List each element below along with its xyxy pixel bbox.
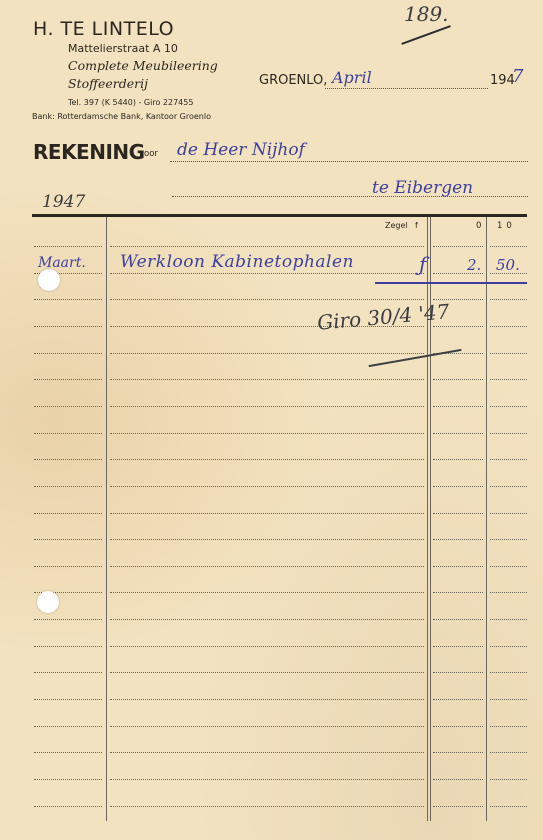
punch-hole-bottom — [37, 591, 59, 613]
company-telephone: Tel. 397 (K 5440) - Giro 227455 — [68, 98, 193, 107]
row-dotted-line — [490, 779, 527, 780]
company-tagline-2: Stoffeerderij — [68, 76, 148, 91]
row-dotted-line — [34, 246, 102, 247]
row-dotted-line — [433, 646, 483, 647]
punch-hole-top — [38, 269, 60, 291]
row-dotted-line — [110, 566, 424, 567]
row-dotted-line — [110, 486, 424, 487]
row-dotted-line — [433, 619, 483, 620]
row-dotted-line — [34, 779, 102, 780]
row-dotted-line — [110, 246, 424, 247]
row-dotted-line — [34, 806, 102, 807]
row-dotted-line — [110, 459, 424, 460]
company-bank: Bank: Rotterdamsche Bank, Kantoor Groenl… — [32, 112, 211, 121]
row-dotted-line — [110, 433, 424, 434]
row-dotted-line — [34, 699, 102, 700]
voor-label: voor — [139, 149, 158, 159]
row-dotted-line — [433, 726, 483, 727]
row-dotted-line — [110, 779, 424, 780]
date-dotted-line — [325, 88, 488, 89]
row-dotted-line — [490, 379, 527, 380]
row-dotted-line — [433, 246, 483, 247]
row-dotted-line — [110, 273, 424, 274]
row-dotted-line — [110, 406, 424, 407]
row-dotted-line — [110, 752, 424, 753]
stamp-label: Zegel — [385, 221, 408, 230]
row-dotted-line — [490, 299, 527, 300]
date-year-handwritten: 7 — [512, 66, 523, 87]
row-dotted-line — [490, 353, 527, 354]
row-dotted-line — [490, 646, 527, 647]
row-dotted-line — [34, 406, 102, 407]
row-dotted-line — [110, 592, 424, 593]
row-dotted-line — [110, 513, 424, 514]
invoice-number-underline — [401, 25, 450, 44]
entry-description: Werkloon Kabinetophalen — [120, 252, 354, 272]
row-dotted-line — [34, 379, 102, 380]
stamp-currency: f — [415, 221, 418, 230]
row-dotted-line — [490, 459, 527, 460]
row-dotted-line — [490, 699, 527, 700]
row-dotted-line — [490, 592, 527, 593]
row-dotted-line — [433, 539, 483, 540]
row-dotted-line — [490, 619, 527, 620]
row-dotted-line — [490, 566, 527, 567]
document-title: REKENING — [33, 140, 145, 164]
row-dotted-line — [433, 592, 483, 593]
recipient-dotted-line — [170, 161, 528, 162]
row-dotted-line — [490, 246, 527, 247]
row-dotted-line — [110, 699, 424, 700]
row-dotted-line — [490, 806, 527, 807]
entry-cents: 50. — [496, 256, 520, 274]
row-dotted-line — [433, 433, 483, 434]
row-dotted-line — [110, 379, 424, 380]
row-dotted-line — [34, 726, 102, 727]
row-dotted-line — [110, 619, 424, 620]
row-dotted-line — [490, 326, 527, 327]
row-dotted-line — [110, 806, 424, 807]
row-dotted-line — [433, 326, 483, 327]
row-dotted-line — [34, 513, 102, 514]
row-dotted-line — [34, 433, 102, 434]
row-dotted-line — [34, 353, 102, 354]
row-dotted-line — [110, 646, 424, 647]
row-dotted-line — [110, 539, 424, 540]
invoice-number: 189. — [404, 2, 449, 26]
place-dotted-line — [172, 196, 528, 197]
row-dotted-line — [433, 752, 483, 753]
row-dotted-line — [110, 726, 424, 727]
row-dotted-line — [34, 672, 102, 673]
company-address: Mattelierstraat A 10 — [68, 42, 178, 55]
stamp-cents: 10 — [497, 221, 516, 231]
row-dotted-line — [34, 619, 102, 620]
entry-guilders: 2. — [467, 256, 481, 274]
row-dotted-line — [34, 326, 102, 327]
row-dotted-line — [433, 699, 483, 700]
row-dotted-line — [490, 726, 527, 727]
row-dotted-line — [433, 566, 483, 567]
row-dotted-line — [490, 406, 527, 407]
row-dotted-line — [110, 672, 424, 673]
row-dotted-line — [490, 672, 527, 673]
payment-note-underline — [369, 349, 462, 367]
date-month: April — [332, 68, 372, 87]
row-dotted-line — [34, 299, 102, 300]
column-divider-date — [106, 217, 107, 821]
row-dotted-line — [34, 486, 102, 487]
row-dotted-line — [34, 752, 102, 753]
row-dotted-line — [490, 539, 527, 540]
row-dotted-line — [433, 459, 483, 460]
row-dotted-line — [34, 459, 102, 460]
date-city: GROENLO, — [259, 73, 327, 88]
company-tagline-1: Complete Meubileering — [68, 58, 218, 73]
row-dotted-line — [433, 779, 483, 780]
stamp-guilders: 0 — [476, 221, 481, 231]
row-dotted-line — [110, 353, 424, 354]
row-dotted-line — [433, 486, 483, 487]
row-dotted-line — [490, 433, 527, 434]
year-note: 1947 — [42, 192, 85, 212]
row-dotted-line — [490, 752, 527, 753]
row-dotted-line — [490, 513, 527, 514]
row-dotted-line — [433, 379, 483, 380]
column-divider-cents — [486, 217, 487, 821]
company-name: H. TE LINTELO — [33, 18, 174, 40]
row-dotted-line — [34, 539, 102, 540]
row-dotted-line — [34, 566, 102, 567]
total-underline — [375, 282, 527, 284]
row-dotted-line — [433, 672, 483, 673]
row-dotted-line — [490, 486, 527, 487]
recipient-place: te Eibergen — [372, 178, 473, 198]
row-dotted-line — [110, 299, 424, 300]
row-dotted-line — [34, 646, 102, 647]
recipient-name: de Heer Nijhof — [177, 140, 305, 160]
row-dotted-line — [433, 406, 483, 407]
row-dotted-line — [433, 806, 483, 807]
row-dotted-line — [433, 513, 483, 514]
entry-currency: ƒ — [419, 252, 426, 276]
